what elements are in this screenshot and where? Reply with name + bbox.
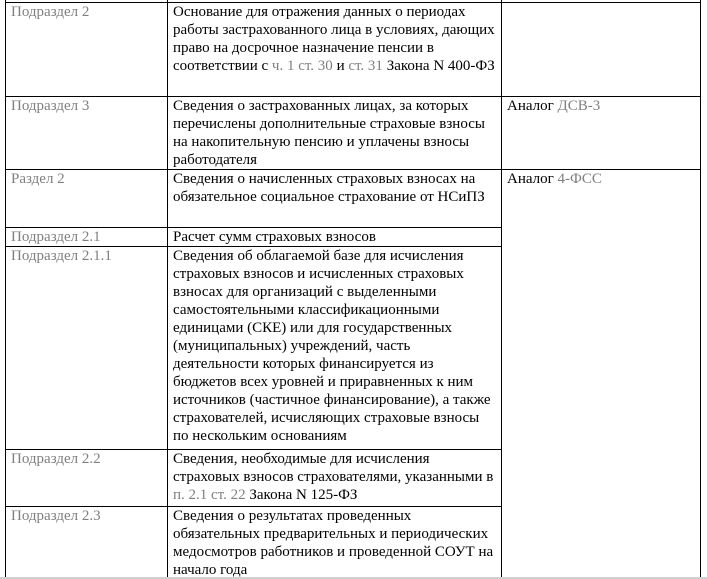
cell-text: Сведения о результатах проведенных обяза… — [173, 508, 493, 578]
cell-text: Сведения, необходимые для исчисления стр… — [173, 451, 493, 485]
description-cell: Сведения, необходимые для исчисления стр… — [168, 450, 502, 507]
section-name-cell: Подраздел 2.3 — [6, 507, 168, 579]
section-name-cell: Подраздел 2 — [6, 3, 168, 97]
report-sections-table: Подраздел 2 Основание для отражения данн… — [5, 2, 701, 579]
analog-cell: Аналог ДСВ-3 — [502, 97, 701, 170]
section-name-cell: Подраздел 3 — [6, 97, 168, 170]
cell-text: Аналог — [507, 98, 558, 114]
cell-text: Сведения о начисленных страховых взносах… — [173, 171, 485, 205]
description-cell: Сведения о начисленных страховых взносах… — [168, 170, 502, 228]
table-body: Подраздел 2 Основание для отражения данн… — [6, 3, 701, 579]
description-cell: Сведения об облагаемой базе для исчислен… — [168, 247, 502, 450]
table-row: Раздел 2 Сведения о начисленных страховы… — [6, 170, 701, 228]
cell-text: и — [333, 58, 349, 74]
law-reference-link[interactable]: 4-ФСС — [558, 171, 602, 187]
section-name-cell: Подраздел 2.2 — [6, 450, 168, 507]
description-cell: Расчет сумм страховых взносов — [168, 228, 502, 247]
law-reference-link[interactable]: п. 2.1 ст. 22 — [173, 487, 246, 503]
cell-text: Закона N 400-ФЗ — [383, 58, 495, 74]
section-name-cell: Подраздел 2.1 — [6, 228, 168, 247]
analog-cell — [502, 3, 701, 97]
cell-text: Закона N 125-ФЗ — [246, 487, 358, 503]
section-name-cell: Подраздел 2.1.1 — [6, 247, 168, 450]
law-reference-link[interactable]: ст. 31 — [348, 58, 383, 74]
law-reference-link[interactable]: ч. 1 ст. 30 — [272, 58, 333, 74]
cell-text: Аналог — [507, 171, 558, 187]
section-name-cell: Раздел 2 — [6, 170, 168, 228]
description-cell: Сведения о застрахованных лицах, за кото… — [168, 97, 502, 170]
cell-text: Расчет сумм страховых взносов — [173, 229, 376, 245]
table-row: Подраздел 2 Основание для отражения данн… — [6, 3, 701, 97]
law-reference-link[interactable]: ДСВ-3 — [558, 98, 601, 114]
description-cell: Сведения о результатах проведенных обяза… — [168, 507, 502, 579]
table-row: Подраздел 3 Сведения о застрахованных ли… — [6, 97, 701, 170]
cell-text: Сведения об облагаемой базе для исчислен… — [173, 248, 491, 444]
analog-cell: Аналог 4-ФСС — [502, 170, 701, 579]
description-cell: Основание для отражения данных о периода… — [168, 3, 502, 97]
cell-text: Сведения о застрахованных лицах, за кото… — [173, 98, 485, 168]
